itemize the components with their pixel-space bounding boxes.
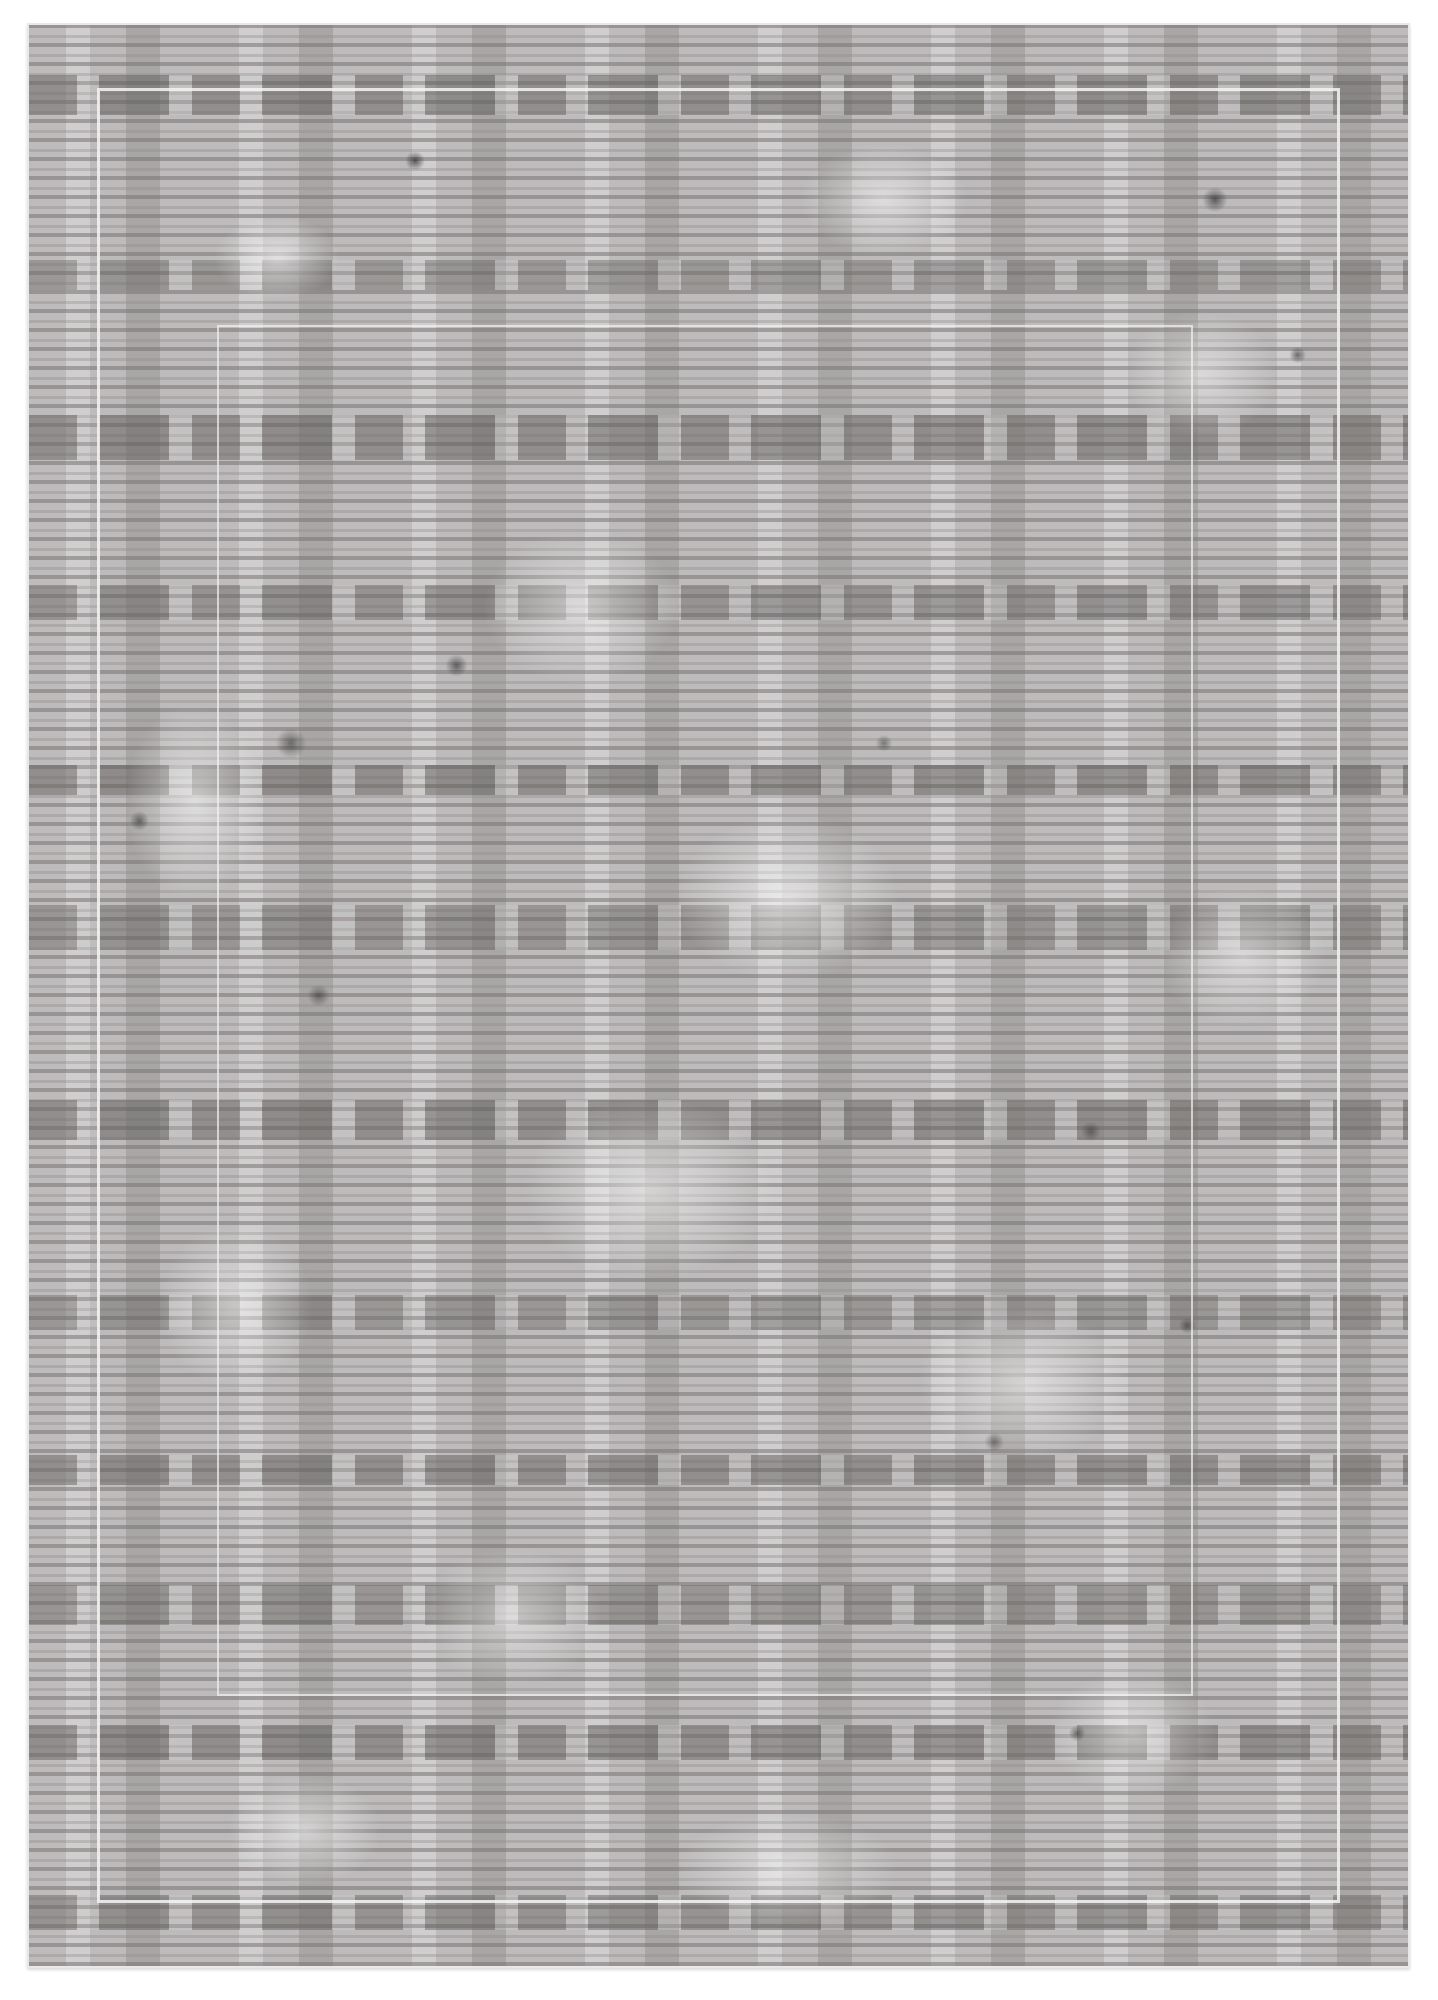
rug — [27, 23, 1410, 1968]
rug-dark-accents — [29, 25, 1408, 1966]
